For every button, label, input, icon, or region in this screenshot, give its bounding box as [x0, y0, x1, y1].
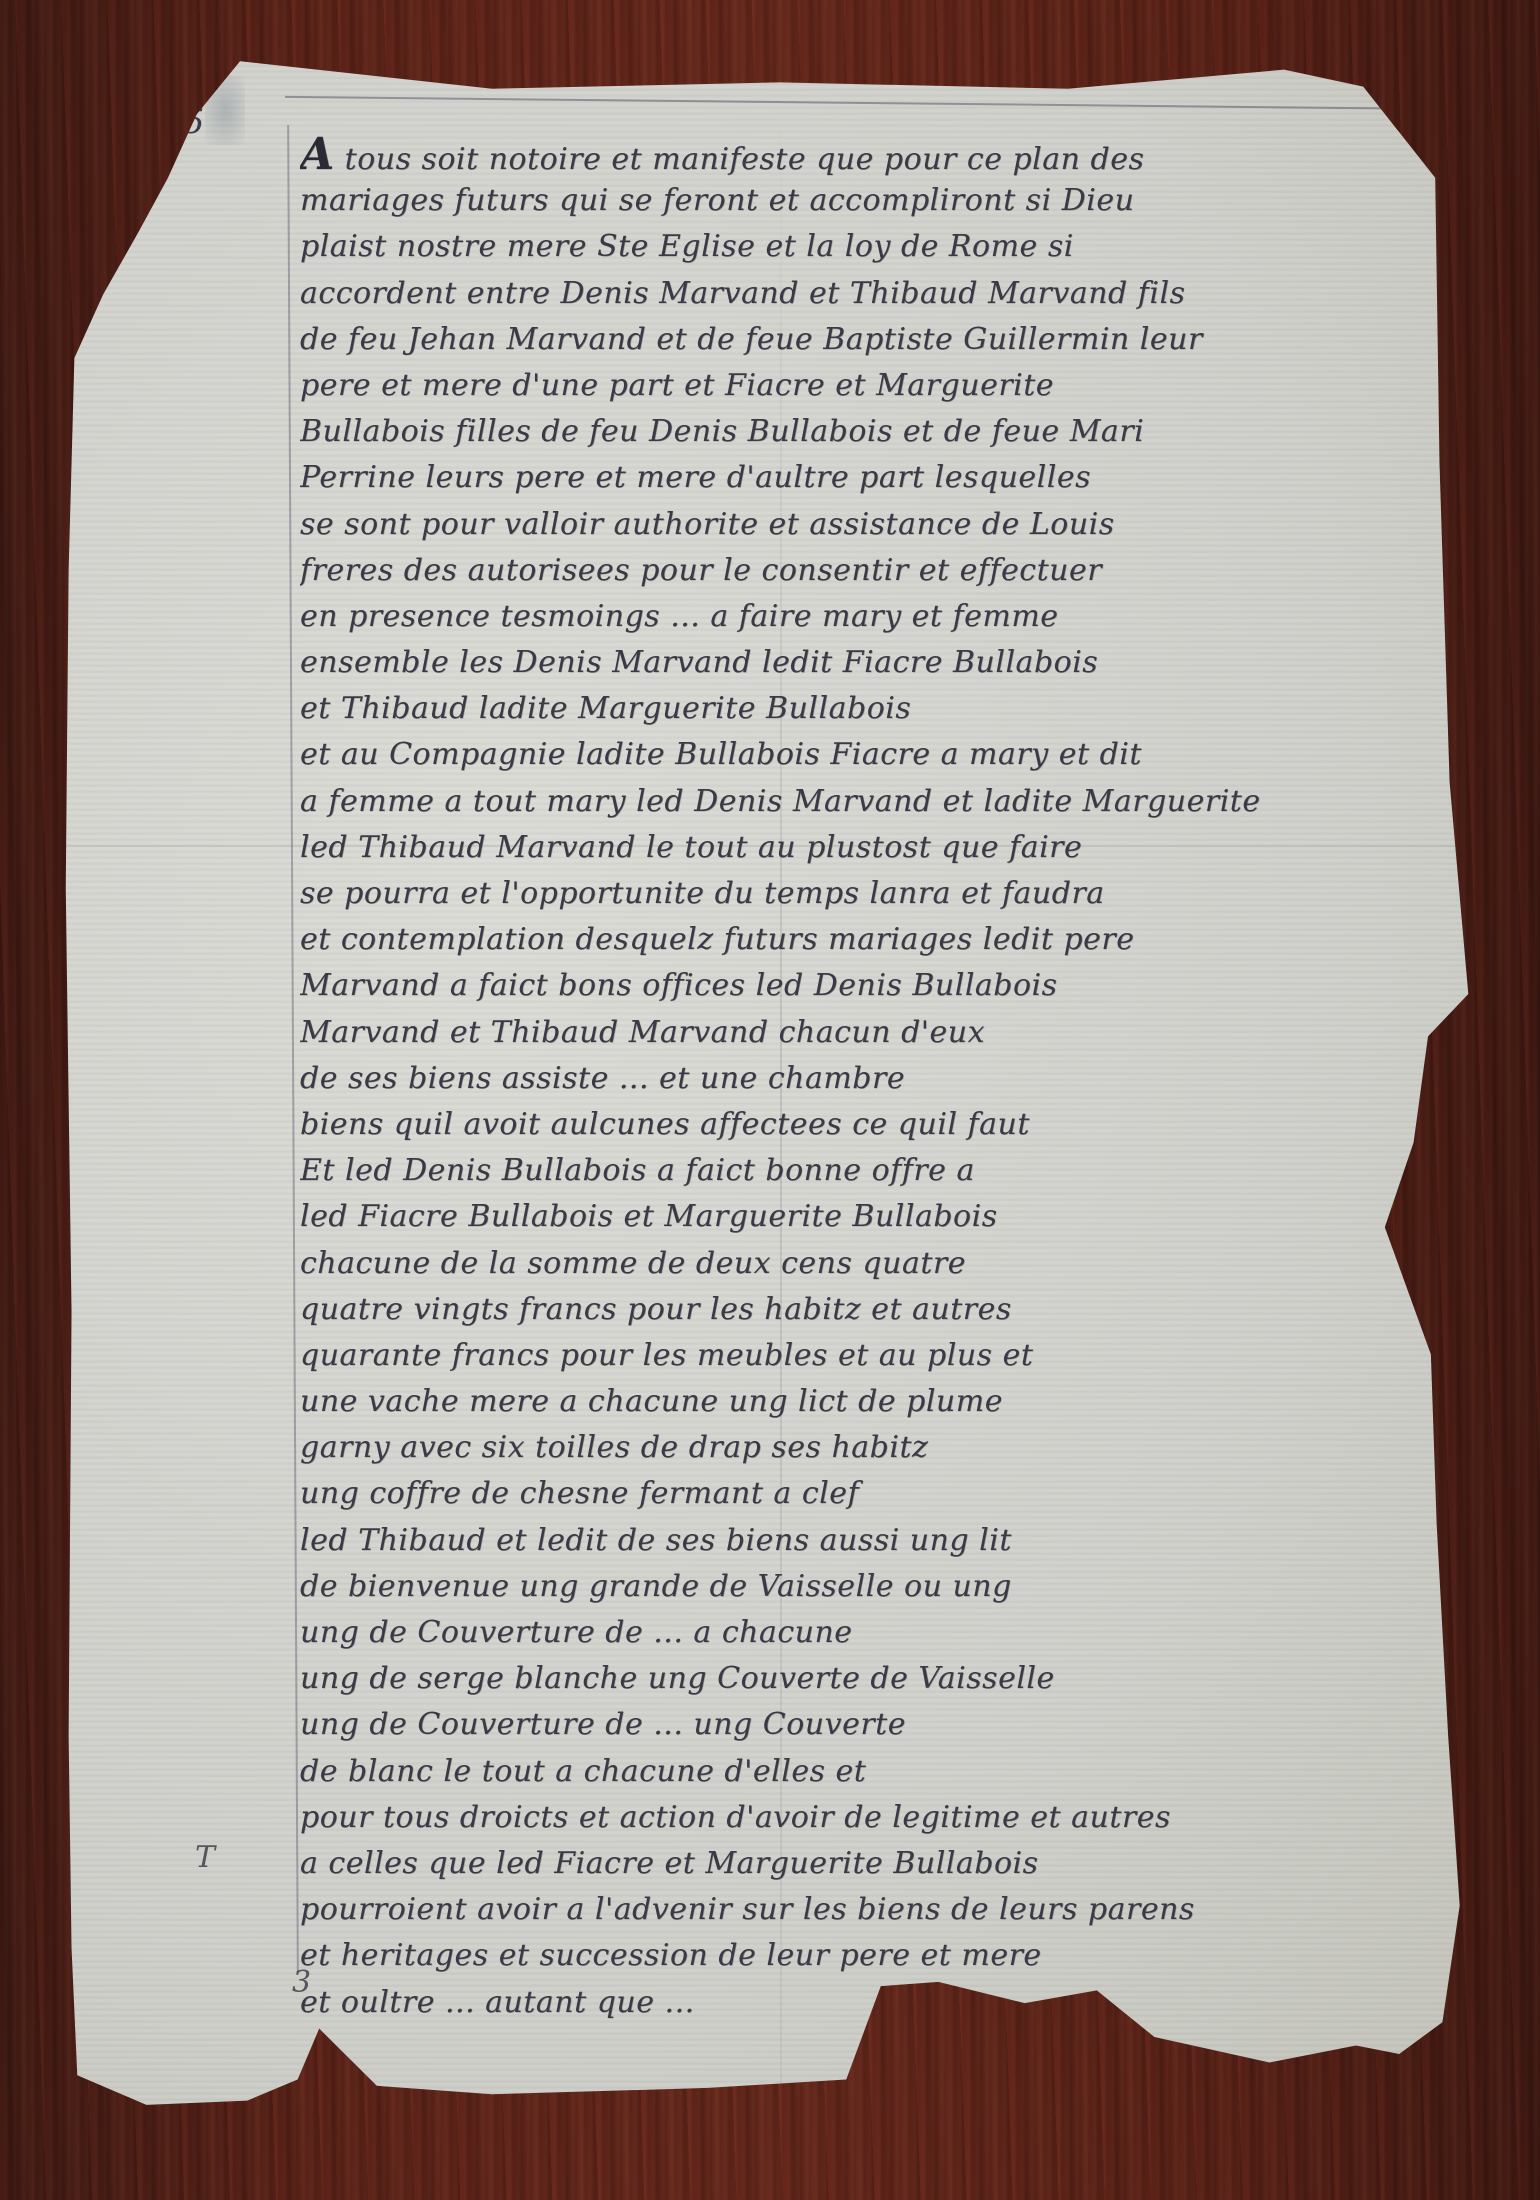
text-line: pere et mere d'une part et Fiacre et Mar… [300, 363, 1500, 409]
text-line: ung de Couverture de ... ung Couverte [300, 1702, 1500, 1748]
text-line: pour tous droicts et action d'avoir de l… [300, 1795, 1500, 1841]
text-line: pourroient avoir a l'advenir sur les bie… [300, 1887, 1500, 1933]
margin-year: 1635 [112, 102, 207, 142]
text-line: led Thibaud Marvand le tout au plustost … [300, 825, 1500, 871]
top-rule-line [285, 96, 1455, 110]
text-line: une vache mere a chacune ung lict de plu… [300, 1379, 1500, 1425]
text-line: se sont pour valloir authorite et assist… [300, 502, 1500, 548]
text-line: de blanc le tout a chacune d'elles et [300, 1749, 1500, 1795]
margin-mark-t: T [195, 1840, 215, 1875]
text-line: chacune de la somme de deux cens quatre [300, 1241, 1500, 1287]
text-line: se pourra et l'opportunite du temps lanr… [300, 871, 1500, 917]
text-line: quatre vingts francs pour les habitz et … [300, 1287, 1500, 1333]
page-number: 1 [695, 58, 713, 91]
text-line: ung coffre de chesne fermant a clef [300, 1471, 1500, 1517]
paper-stain [205, 75, 245, 145]
manuscript-page: 1635 1 T 3 A tous soit notoire et manife… [60, 40, 1500, 2160]
text-line: et au Compagnie ladite Bullabois Fiacre … [300, 732, 1500, 778]
text-line: quarante francs pour les meubles et au p… [300, 1333, 1500, 1379]
text-line: led Fiacre Bullabois et Marguerite Bulla… [300, 1194, 1500, 1240]
text-line: a femme a tout mary led Denis Marvand et… [300, 779, 1500, 825]
text-line: de feu Jehan Marvand et de feue Baptiste… [300, 317, 1500, 363]
left-margin-rule [287, 125, 299, 1975]
text-line: freres des autorisees pour le consentir … [300, 548, 1500, 594]
text-line: et Thibaud ladite Marguerite Bullabois [300, 686, 1500, 732]
text-line: ung de Couverture de ... a chacune [300, 1610, 1500, 1656]
text-line: biens quil avoit aulcunes affectees ce q… [300, 1102, 1500, 1148]
text-line: Marvand et Thibaud Marvand chacun d'eux [300, 1010, 1500, 1056]
text-line: en presence tesmoings ... a faire mary e… [300, 594, 1500, 640]
text-line: Marvand a faict bons offices led Denis B… [300, 963, 1500, 1009]
text-line: de bienvenue ung grande de Vaisselle ou … [300, 1564, 1500, 1610]
text-line: Bullabois filles de feu Denis Bullabois … [300, 409, 1500, 455]
text-line: garny avec six toilles de drap ses habit… [300, 1425, 1500, 1471]
text-line: ensemble les Denis Marvand ledit Fiacre … [300, 640, 1500, 686]
text-line: a celles que led Fiacre et Marguerite Bu… [300, 1841, 1500, 1887]
text-line: A tous soit notoire et manifeste que pou… [300, 132, 1500, 178]
text-line: led Thibaud et ledit de ses biens aussi … [300, 1518, 1500, 1564]
text-line: et heritages et succession de leur pere … [300, 1933, 1500, 1979]
text-line: ung de serge blanche ung Couverte de Vai… [300, 1656, 1500, 1702]
text-line: de ses biens assiste ... et une chambre [300, 1056, 1500, 1102]
text-line: accordent entre Denis Marvand et Thibaud… [300, 271, 1500, 317]
manuscript-text: A tous soit notoire et manifeste que pou… [300, 132, 1500, 2026]
text-line: et contemplation desquelz futurs mariage… [300, 917, 1500, 963]
text-line: Et led Denis Bullabois a faict bonne off… [300, 1148, 1500, 1194]
text-line: Perrine leurs pere et mere d'aultre part… [300, 455, 1500, 501]
text-line: plaist nostre mere Ste Eglise et la loy … [300, 224, 1500, 270]
text-line: mariages futurs qui se feront et accompl… [300, 178, 1500, 224]
text-line: et oultre ... autant que ... [300, 1980, 1500, 2026]
